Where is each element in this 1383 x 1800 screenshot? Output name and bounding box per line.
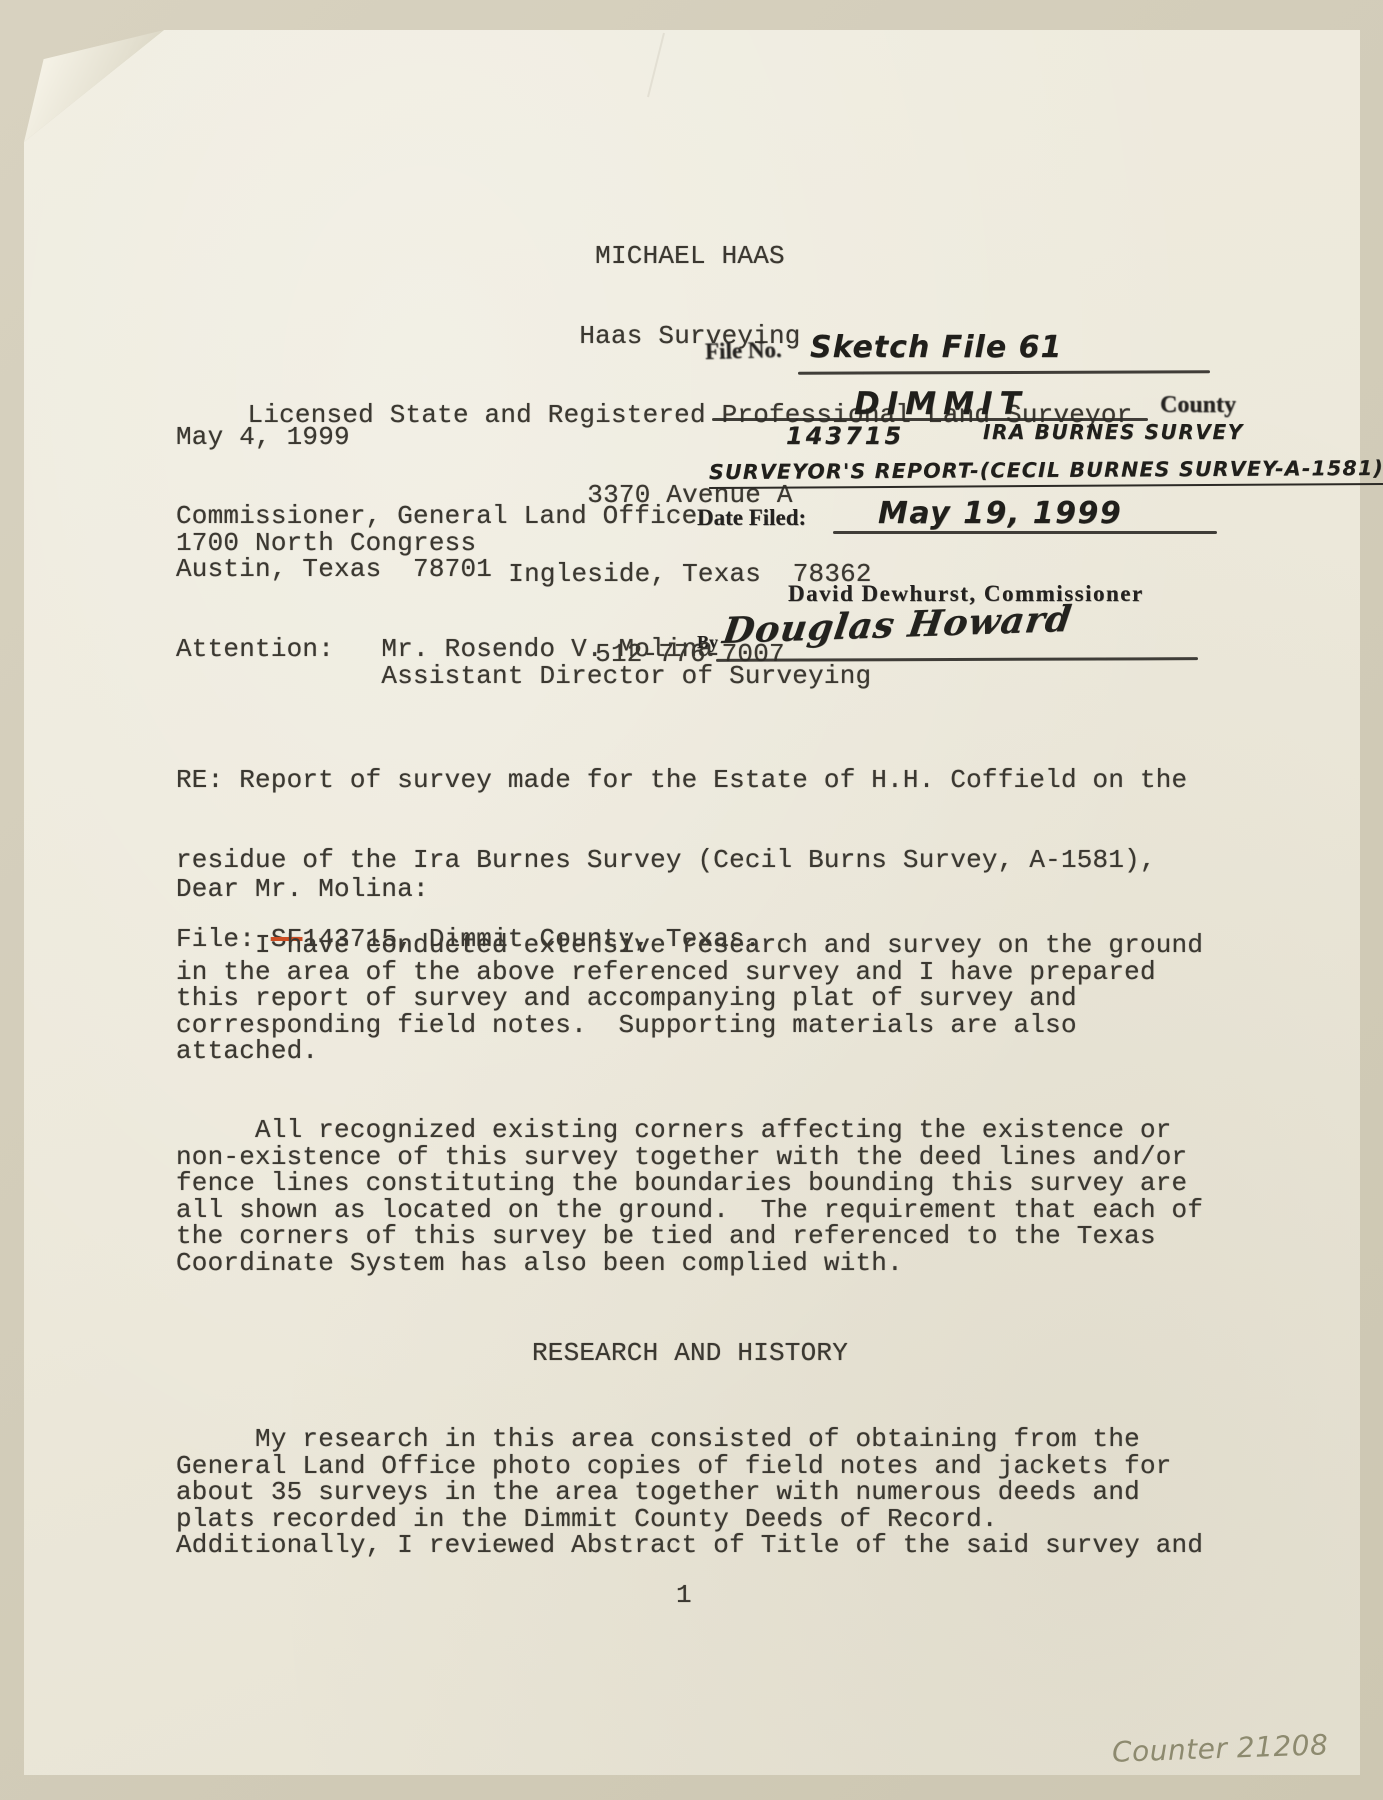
file-no-stamp-label: File No. (705, 337, 782, 365)
date-filed-stamp-label: Date Filed: (697, 505, 806, 531)
scan-background: MICHAEL HAAS Haas Surveying Licensed Sta… (0, 0, 1383, 1800)
section-heading: RESEARCH AND HISTORY (175, 1340, 1205, 1367)
date-filed-handwritten-value: May 19, 1999 (878, 496, 1122, 531)
paragraph-2: All recognized existing corners affectin… (176, 1117, 1203, 1276)
surveyors-report-handwritten: SURVEYOR'S REPORT-(CECIL BURNES SURVEY-A… (709, 456, 1383, 489)
paragraph-3: My research in this area consisted of ob… (176, 1426, 1203, 1559)
county-stamp-label: County (1160, 392, 1236, 419)
page-number: 1 (676, 1582, 692, 1609)
attention-block: Attention: Mr. Rosendo V. Molina Assista… (176, 636, 871, 689)
letterhead-name: MICHAEL HAAS (175, 243, 1205, 270)
paragraph-1: I have conducted extensive research and … (176, 932, 1203, 1065)
file-number-handwritten: 143715 (786, 422, 904, 450)
county-handwritten-value: DIMMIT (854, 386, 1028, 422)
re-line-2: residue of the Ira Burnes Survey (Cecil … (176, 847, 1187, 874)
letter-date: May 4, 1999 (176, 424, 350, 451)
file-no-handwritten-value: Sketch File 61 (810, 330, 1062, 365)
salutation: Dear Mr. Molina: (176, 876, 429, 903)
recipient-address: Commissioner, General Land Office 1700 N… (176, 503, 697, 583)
date-filed-rule (833, 531, 1217, 534)
survey-name-handwritten: IRA BURNES SURVEY (983, 420, 1244, 444)
re-line-1: RE: Report of survey made for the Estate… (176, 767, 1187, 794)
